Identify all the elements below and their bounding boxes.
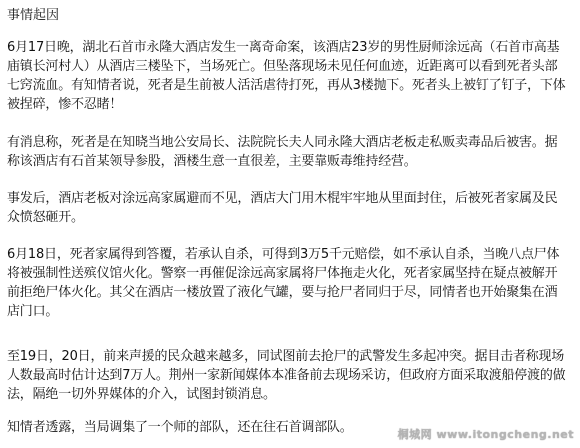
paragraph-incident: 6月17日晚，湖北石首市永隆大酒店发生一离奇命案，该酒店23岁的男性厨师涂远高（…: [7, 38, 567, 114]
paragraph-aftermath: 事发后，酒店老板对涂远高家属避而不见，酒店大门用木棍牢牢地从里面封住，后被死者家…: [7, 189, 567, 227]
paragraph-june-19-20: 至19日，20日，前来声援的民众越来越多，同试图前去抢尸的武警发生多起冲突。据目…: [7, 347, 567, 404]
paragraph-june-18: 6月18日，死者家属得到答覆，若承认自杀，可得到3万5千元赔偿，如不承认自杀，当…: [7, 245, 567, 321]
section-heading: 事情起因: [7, 7, 59, 25]
site-watermark: 桐城网 www.itongcheng.net: [398, 426, 574, 442]
paragraph-reported-motive: 有消息称，死者是在知晓当地公安局长、法院院长夫人同永隆大酒店老板走私贩卖毒品后被…: [7, 133, 567, 171]
